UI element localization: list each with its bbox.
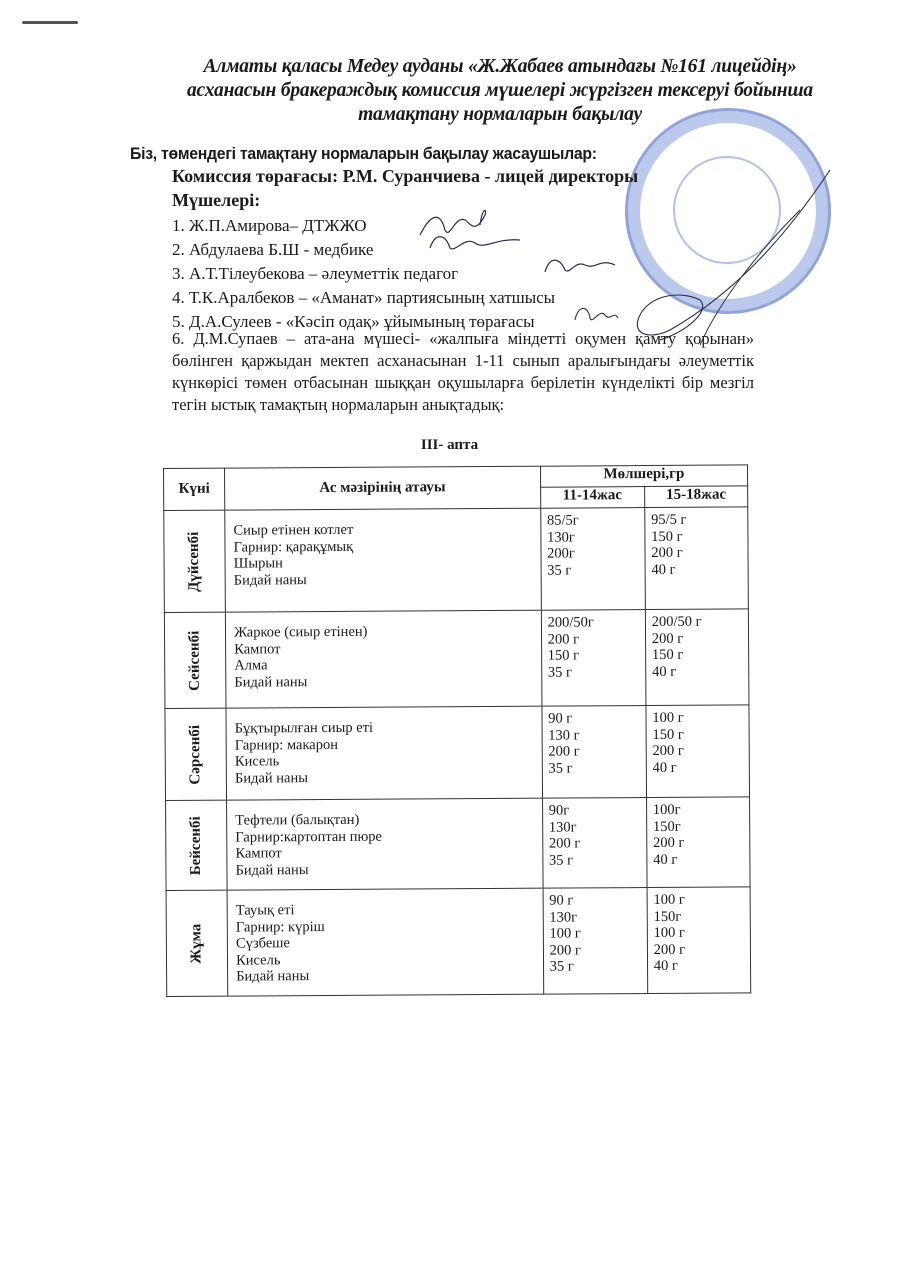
day-label: Жұма bbox=[188, 923, 205, 963]
amount-value: 200/50г bbox=[548, 614, 637, 631]
amount-value: 200 г bbox=[651, 544, 739, 561]
amount-value: 100 г bbox=[654, 924, 742, 941]
member-item: 4. Т.К.Аралбеков – «Аманат» партиясының … bbox=[172, 286, 555, 310]
menu-item: Гарнир: макарон bbox=[235, 735, 534, 753]
day-cell: Жұма bbox=[166, 890, 228, 996]
members-label: Мүшелері: bbox=[172, 190, 260, 211]
amount-15-18-cell-list: 100 г150 г200 г40 г bbox=[646, 705, 749, 782]
amount-value: 90 г bbox=[548, 710, 637, 727]
scan-mark bbox=[22, 21, 78, 24]
amount-15-18-cell: 200/50 г200 г150 г40 г bbox=[645, 609, 749, 706]
day-cell: Бейсенбі bbox=[166, 800, 228, 890]
amount-11-14-cell-list: 90 г130г100 г200 г35 г bbox=[543, 888, 647, 981]
amount-value: 200/50 г bbox=[652, 613, 740, 630]
amount-value: 35 г bbox=[548, 664, 637, 681]
members-list: 1. Ж.П.Амирова– ДТЖЖО 2. Абдулаева Б.Ш -… bbox=[172, 214, 555, 334]
amount-11-14-cell-list: 200/50г200 г150 г35 г bbox=[542, 610, 646, 687]
menu-item: Бидай наны bbox=[234, 672, 533, 690]
menu-cell: Тауық етіГарнир: күрішСүзбешеКисельБидай… bbox=[227, 888, 543, 996]
amount-11-14-cell: 90г130г200 г35 г bbox=[542, 798, 647, 889]
amount-11-14-cell: 200/50г200 г150 г35 г bbox=[541, 610, 646, 707]
menu-item: Бидай наны bbox=[234, 570, 533, 588]
official-seal-icon bbox=[625, 108, 831, 314]
amount-value: 35 г bbox=[549, 852, 638, 869]
menu-item: Бидай наны bbox=[236, 860, 535, 878]
menu-item: Кисель bbox=[236, 950, 535, 968]
menu-item: Тауық еті bbox=[236, 901, 535, 919]
menu-cell: Жаркое (сиыр етінен)КампотАлмаБидай наны bbox=[225, 610, 541, 708]
day-label: Сәрсенбі bbox=[187, 724, 204, 784]
amount-value: 200 г bbox=[653, 834, 741, 851]
table-row: СәрсенбіБұқтырылған сиыр етіГарнир: мака… bbox=[165, 705, 750, 801]
amount-value: 35 г bbox=[547, 562, 636, 579]
amount-value: 130г bbox=[547, 529, 636, 546]
amount-value: 200 г bbox=[549, 835, 638, 852]
table-row: ЖұмаТауық етіГарнир: күрішСүзбешеКисельБ… bbox=[166, 887, 751, 997]
menu-item: Кампот bbox=[235, 844, 534, 862]
commission-chair: Комиссия төрағасы: Р.М. Суранчиева - лиц… bbox=[172, 166, 638, 187]
amount-value: 200 г bbox=[652, 630, 740, 647]
menu-item: Шырын bbox=[234, 554, 533, 572]
amount-value: 130 г bbox=[548, 727, 637, 744]
amount-15-18-cell-list: 95/5 г150 г200 г40 г bbox=[645, 507, 748, 584]
header-age-11-14: 11-14жас bbox=[540, 487, 644, 509]
amount-15-18-cell: 100 г150 г200 г40 г bbox=[646, 705, 750, 798]
amount-value: 130г bbox=[549, 819, 638, 836]
amount-value: 35 г bbox=[548, 760, 637, 777]
amount-value: 100 г bbox=[653, 891, 741, 908]
amount-value: 40 г bbox=[653, 759, 741, 776]
amount-value: 200г bbox=[547, 545, 636, 562]
menu-item: Бұқтырылған сиыр еті bbox=[235, 719, 534, 737]
amount-value: 40 г bbox=[652, 663, 740, 680]
menu-item: Сиыр етінен котлет bbox=[233, 521, 532, 539]
amount-value: 90 г bbox=[549, 892, 638, 909]
menu-item: Тефтели (балықтан) bbox=[235, 811, 534, 829]
day-label: Бейсенбі bbox=[188, 816, 205, 875]
amount-11-14-cell: 90 г130г100 г200 г35 г bbox=[543, 888, 648, 995]
day-cell: Сейсенбі bbox=[164, 612, 226, 708]
amount-11-14-cell-list: 90г130г200 г35 г bbox=[543, 798, 647, 875]
amount-value: 200 г bbox=[550, 942, 639, 959]
amount-value: 85/5г bbox=[547, 512, 636, 529]
amount-value: 100 г bbox=[652, 709, 740, 726]
amount-value: 200 г bbox=[548, 631, 637, 648]
menu-item: Кампот bbox=[234, 639, 533, 657]
menu-table: Күні Ас мәзірінің атауы Мөлшері,гр 11-14… bbox=[163, 464, 751, 997]
menu-cell-list: Жаркое (сиыр етінен)КампотАлмаБидай наны bbox=[226, 611, 541, 697]
table-row: СейсенбіЖаркое (сиыр етінен)КампотАлмаБи… bbox=[164, 609, 749, 709]
member-item: 1. Ж.П.Амирова– ДТЖЖО bbox=[172, 214, 555, 238]
menu-item: Кисель bbox=[235, 752, 534, 770]
amount-value: 150 г bbox=[652, 646, 740, 663]
amount-15-18-cell: 95/5 г150 г200 г40 г bbox=[645, 507, 749, 610]
menu-item: Алма bbox=[234, 656, 533, 674]
menu-cell: Бұқтырылған сиыр етіГарнир: макаронКисел… bbox=[226, 706, 542, 800]
menu-cell: Сиыр етінен котлетГарнир: қарақұмықШырын… bbox=[225, 508, 541, 612]
day-cell: Сәрсенбі bbox=[165, 708, 227, 800]
amount-value: 150 г bbox=[652, 726, 740, 743]
title-line: асханасын бракераждық комиссия мүшелері … bbox=[120, 79, 880, 103]
menu-item: Гарнир: күріш bbox=[236, 917, 535, 935]
header-amount: Мөлшері,гр bbox=[540, 465, 747, 487]
member-item: 2. Абдулаева Б.Ш - медбике bbox=[172, 238, 555, 262]
amount-value: 40 г bbox=[653, 851, 741, 868]
amount-11-14-cell-list: 85/5г130г200г35 г bbox=[541, 508, 645, 585]
menu-item: Сүзбеше bbox=[236, 934, 535, 952]
amount-value: 150г bbox=[653, 818, 741, 835]
amount-11-14-cell-list: 90 г130 г200 г35 г bbox=[542, 706, 646, 783]
amount-15-18-cell: 100 г150г100 г200 г40 г bbox=[647, 887, 751, 994]
amount-value: 100г bbox=[653, 801, 741, 818]
amount-value: 100 г bbox=[549, 925, 638, 942]
amount-value: 40 г bbox=[654, 957, 742, 974]
amount-value: 150 г bbox=[548, 647, 637, 664]
description-paragraph: 6. Д.М.Супаев – ата-ана мүшесі- «жалпыға… bbox=[172, 328, 754, 416]
signature-icon bbox=[570, 300, 620, 328]
day-label: Дүйсенбі bbox=[186, 531, 203, 591]
title-line: тамақтану нормаларын бақылау bbox=[120, 103, 880, 127]
header-day: Күні bbox=[164, 468, 225, 510]
day-label: Сейсенбі bbox=[187, 630, 204, 690]
amount-11-14-cell: 90 г130 г200 г35 г bbox=[542, 706, 647, 799]
amount-value: 150г bbox=[653, 908, 741, 925]
table-row: БейсенбіТефтели (балықтан)Гарнир:картопт… bbox=[166, 797, 751, 891]
document-title: Алматы қаласы Медеу ауданы «Ж.Жабаев аты… bbox=[120, 55, 880, 127]
menu-item: Гарнир:картоптан пюре bbox=[235, 827, 534, 845]
menu-item: Гарнир: қарақұмық bbox=[234, 537, 533, 555]
amount-value: 130г bbox=[549, 909, 638, 926]
menu-item: Бидай наны bbox=[236, 967, 535, 985]
amount-15-18-cell-list: 200/50 г200 г150 г40 г bbox=[646, 609, 749, 686]
menu-item: Бидай наны bbox=[235, 768, 534, 786]
menu-cell-list: Сиыр етінен котлетГарнир: қарақұмықШырын… bbox=[225, 509, 540, 595]
day-cell: Дүйсенбі bbox=[164, 510, 226, 612]
header-menu: Ас мәзірінің атауы bbox=[225, 466, 541, 510]
amount-value: 95/5 г bbox=[651, 511, 739, 528]
amount-value: 200 г bbox=[654, 941, 742, 958]
amount-11-14-cell: 85/5г130г200г35 г bbox=[540, 508, 645, 611]
week-heading: III- апта bbox=[0, 437, 899, 454]
amount-value: 200 г bbox=[548, 743, 637, 760]
member-item: 3. А.Т.Тілеубекова – әлеуметтік педагог bbox=[172, 262, 555, 286]
menu-cell: Тефтели (балықтан)Гарнир:картоптан пюреК… bbox=[227, 798, 543, 890]
amount-15-18-cell-list: 100 г150г100 г200 г40 г bbox=[647, 887, 750, 980]
seal-emblem bbox=[673, 156, 781, 264]
amount-15-18-cell: 100г150г200 г40 г bbox=[646, 797, 750, 888]
header-age-15-18: 15-18жас bbox=[644, 486, 747, 508]
menu-item: Жаркое (сиыр етінен) bbox=[234, 623, 533, 641]
menu-cell-list: Бұқтырылған сиыр етіГарнир: макаронКисел… bbox=[227, 707, 542, 793]
amount-value: 150 г bbox=[651, 528, 739, 545]
menu-cell-list: Тефтели (балықтан)Гарнир:картоптан пюреК… bbox=[227, 799, 542, 885]
title-line: Алматы қаласы Медеу ауданы «Ж.Жабаев аты… bbox=[120, 55, 880, 79]
amount-value: 200 г bbox=[652, 742, 740, 759]
amount-value: 90г bbox=[549, 802, 638, 819]
amount-value: 40 г bbox=[651, 561, 739, 578]
table-row: ДүйсенбіСиыр етінен котлетГарнир: қарақұ… bbox=[164, 507, 749, 613]
intro-text: Біз, төмендегі тамақтану нормаларын бақы… bbox=[130, 144, 597, 164]
amount-15-18-cell-list: 100г150г200 г40 г bbox=[647, 797, 750, 874]
amount-value: 35 г bbox=[550, 958, 639, 975]
menu-cell-list: Тауық етіГарнир: күрішСүзбешеКисельБидай… bbox=[228, 889, 543, 991]
